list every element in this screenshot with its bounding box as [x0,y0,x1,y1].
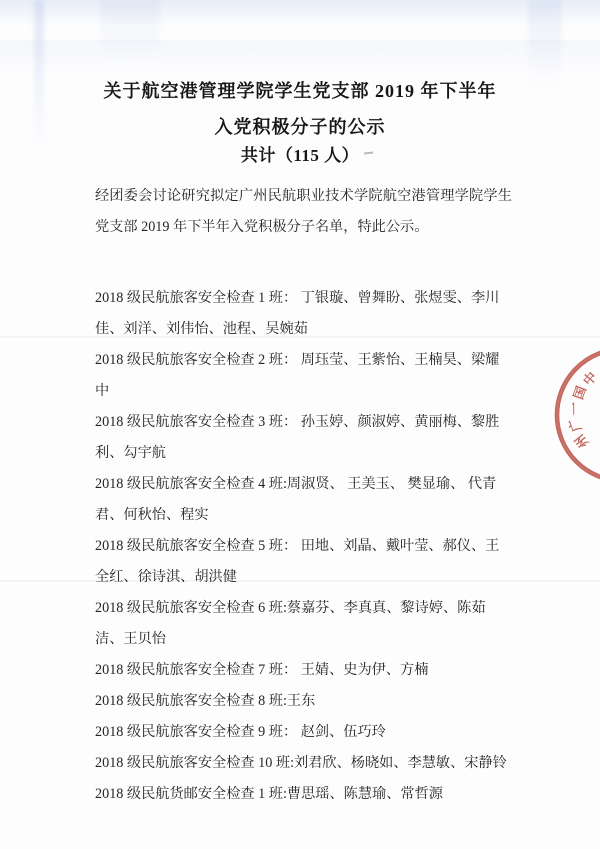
class-list-item: 2018 级民航旅客安全检查 10 班:刘君欣、杨晓如、李慧敏、宋静铃 [95,748,512,779]
stamp-char: 广 [566,416,585,434]
stamp-char: 州 [572,431,592,451]
stamp-char: 中 [580,369,600,389]
class-list-item: 2018 级民航旅客安全检查 7 班： 王婧、史为伊、方楠 [95,655,512,686]
stamp-char: 国 [570,384,589,402]
class-list-item: 2018 级民航旅客安全检查 3 班： 孙玉婷、颜淑婷、黄丽梅、黎胜利、勾宇航 [95,407,512,469]
scan-texture-top-band [0,0,600,26]
document-title-line2: 入党积极分子的公示 [0,113,600,139]
scan-streak [100,0,160,60]
official-seal-stamp-partial: 中 国 一 广 州 [545,335,600,495]
intro-paragraph: 经团委会讨论研究拟定广州民航职业技术学院航空港管理学院学生党支部 2019 年下… [95,181,512,243]
class-list-item: 2018 级民航旅客安全检查 9 班： 赵剑、伍巧玲 [95,717,512,748]
class-list-item: 2018 级民航旅客安全检查 2 班： 周珏莹、王紫怡、王楠昊、梁耀中 [95,345,512,407]
scan-texture-band [0,40,600,74]
class-list-item: 2018 级民航旅客安全检查 1 班： 丁银璇、曾舞盼、张煜雯、李川佳、刘洋、刘… [95,283,512,345]
class-list-item: 2018 级民航旅客安全检查 8 班:王东 [95,686,512,717]
total-count-line: 共计（115 人） [0,141,600,166]
class-list-item: 2018 级民航货邮安全检查 1 班:曹思瑶、陈慧瑜、常哲源 [95,779,512,810]
scanned-document-page: 关于航空港管理学院学生党支部 2019 年下半年 入党积极分子的公示 共计（11… [0,0,600,849]
document-title-line1: 关于航空港管理学院学生党支部 2019 年下半年 [0,77,600,103]
class-name-list: 2018 级民航旅客安全检查 1 班： 丁银璇、曾舞盼、张煜雯、李川佳、刘洋、刘… [95,283,512,810]
stamp-char: 一 [568,402,583,415]
class-list-item: 2018 级民航旅客安全检查 6 班:蔡嘉芬、李真真、黎诗婷、陈茹洁、王贝怡 [95,593,512,655]
class-list-item: 2018 级民航旅客安全检查 4 班:周淑贤、 王美玉、 樊显瑜、 代青君、何秋… [95,469,512,531]
class-list-item: 2018 级民航旅客安全检查 5 班： 田地、刘晶、戴叶莹、郝仪、王全红、徐诗淇… [95,531,512,593]
